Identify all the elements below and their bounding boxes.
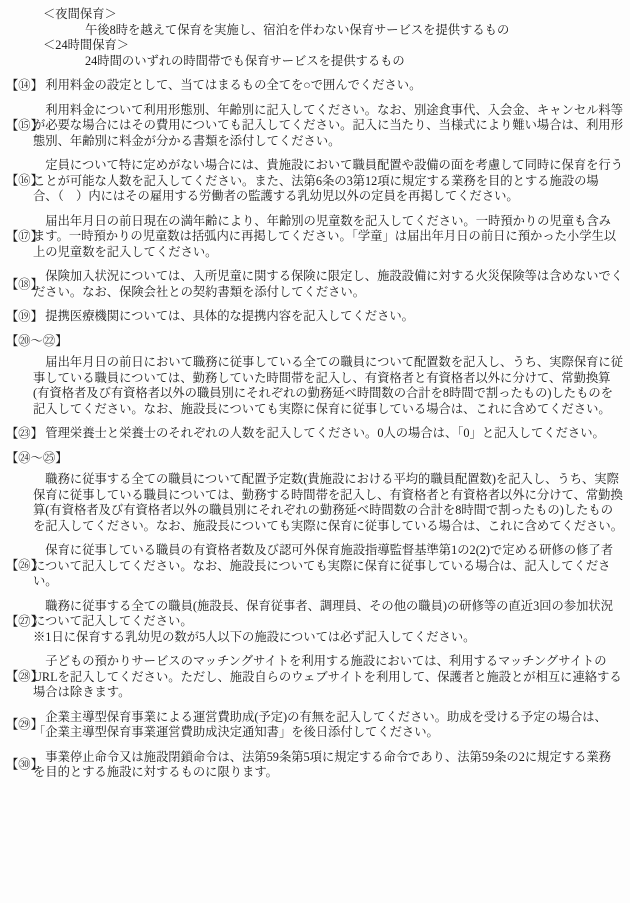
note-marker-26: 【㉖】 <box>6 559 43 575</box>
note-text-17: 届出年月日の前日現在の満年齢により、年齢別の児童数を記入してください。一時預かり… <box>33 214 623 261</box>
note-text-26: 保育に従事している職員の有資格者数及び認可外保育施設指導監督基準第1の2(2)で… <box>33 543 623 590</box>
note-text-18: 保険加入状況については、入所児童に関する保険に限定し、施設設備に対する火災保険等… <box>33 269 623 300</box>
group-marker-20-22: 【⑳～㉒】 <box>6 334 630 350</box>
note-text-23: 管理栄養士と栄養士のそれぞれの人数を記入してください。0人の場合は、「0」と記入… <box>33 426 623 442</box>
instruction-note-18: 【⑱】 保険加入状況については、入所児童に関する保険に限定し、施設設備に対する火… <box>0 269 630 300</box>
note-marker-28: 【㉘】 <box>6 670 43 686</box>
instruction-note-23: 【㉓】 管理栄養士と栄養士のそれぞれの人数を記入してください。0人の場合は、「0… <box>0 426 630 442</box>
instruction-group-24-25: 【㉔～㉕】 職務に従事する全ての職員について配置予定数(貴施設における平均的職員… <box>0 451 630 535</box>
instruction-group-20-22: 【⑳～㉒】 届出年月日の前日において職務に従事している全ての職員について配置数を… <box>0 334 630 418</box>
group-marker-24-25: 【㉔～㉕】 <box>6 451 630 467</box>
note-text-14: 利用料金の設定として、当てはまるもの全てを○で囲んでください。 <box>33 78 623 94</box>
instruction-note-27: 【㉗】 職務に従事する全ての職員(施設長、保育従事者、調理員、その他の職員)の研… <box>0 599 630 646</box>
definition-description-24h-care: 24時間のいずれの時間帯でも保育サービスを提供するもの <box>85 54 624 70</box>
note-marker-15: 【⑮】 <box>6 118 43 134</box>
definition-term-night-care: ＜夜間保育＞ <box>43 7 624 23</box>
note-marker-18: 【⑱】 <box>6 277 43 293</box>
instruction-note-17: 【⑰】 届出年月日の前日現在の満年齢により、年齢別の児童数を記入してください。一… <box>0 214 630 261</box>
note-text-19: 提携医療機関については、具体的な提携内容を記入してください。 <box>33 309 623 325</box>
instruction-note-26: 【㉖】 保育に従事している職員の有資格者数及び認可外保育施設指導監督基準第1の2… <box>0 543 630 590</box>
note-marker-19: 【⑲】 <box>6 309 43 325</box>
note-marker-23: 【㉓】 <box>6 426 43 442</box>
note-text-16: 定員について特に定めがない場合には、貴施設において職員配置や設備の面を考慮して同… <box>33 158 623 205</box>
note-marker-16: 【⑯】 <box>6 174 43 190</box>
definition-term-24h-care: ＜24時間保育＞ <box>43 38 624 54</box>
note-marker-29: 【㉙】 <box>6 717 43 733</box>
instruction-note-16: 【⑯】 定員について特に定めがない場合には、貴施設において職員配置や設備の面を考… <box>0 158 630 205</box>
instruction-note-29: 【㉙】 企業主導型保育事業による運営費助成(予定)の有無を記入してください。助成… <box>0 710 630 741</box>
note-marker-27: 【㉗】 <box>6 614 43 630</box>
instruction-note-14: 【⑭】 利用料金の設定として、当てはまるもの全てを○で囲んでください。 <box>0 78 630 94</box>
instruction-note-15: 【⑮】 利用料金について利用形態別、年齢別に記入してください。なお、別途食事代、… <box>0 103 630 150</box>
note-text-29: 企業主導型保育事業による運営費助成(予定)の有無を記入してください。助成を受ける… <box>33 710 623 741</box>
instruction-note-19: 【⑲】 提携医療機関については、具体的な提携内容を記入してください。 <box>0 309 630 325</box>
group-text-24-25: 職務に従事する全ての職員について配置予定数(貴施設における平均的職員配置数)を記… <box>0 472 630 534</box>
note-text-15: 利用料金について利用形態別、年齢別に記入してください。なお、別途食事代、入会金、… <box>33 103 623 150</box>
document-page: ＜夜間保育＞ 午後8時を越えて保育を実施し、宿泊を伴わない保育サービスを提供する… <box>0 0 630 903</box>
note-marker-30: 【㉚】 <box>6 757 43 773</box>
group-text-20-22: 届出年月日の前日において職務に従事している全ての職員について配置数を記入し、うち… <box>0 355 630 417</box>
note-marker-14: 【⑭】 <box>6 78 43 94</box>
definition-description-night-care: 午後8時を越えて保育を実施し、宿泊を伴わない保育サービスを提供するもの <box>85 23 624 39</box>
note-text-30: 事業停止命令又は施設閉鎖命令は、法第59条第5項に規定する命令であり、法第59条… <box>33 750 623 781</box>
note-text-27: 職務に従事する全ての職員(施設長、保育従事者、調理員、その他の職員)の研修等の直… <box>33 599 623 630</box>
note-text-28: 子どもの預かりサービスのマッチングサイトを利用する施設においては、利用するマッチ… <box>33 654 623 701</box>
instruction-note-28: 【㉘】 子どもの預かりサービスのマッチングサイトを利用する施設においては、利用す… <box>0 654 630 701</box>
care-type-definitions: ＜夜間保育＞ 午後8時を越えて保育を実施し、宿泊を伴わない保育サービスを提供する… <box>0 7 624 69</box>
note-marker-17: 【⑰】 <box>6 229 43 245</box>
instruction-note-30: 【㉚】 事業停止命令又は施設閉鎖命令は、法第59条第5項に規定する命令であり、法… <box>0 750 630 781</box>
note-subtext-27: ※1日に保育する乳幼児の数が5人以下の施設については必ず記入してください。 <box>33 630 623 646</box>
